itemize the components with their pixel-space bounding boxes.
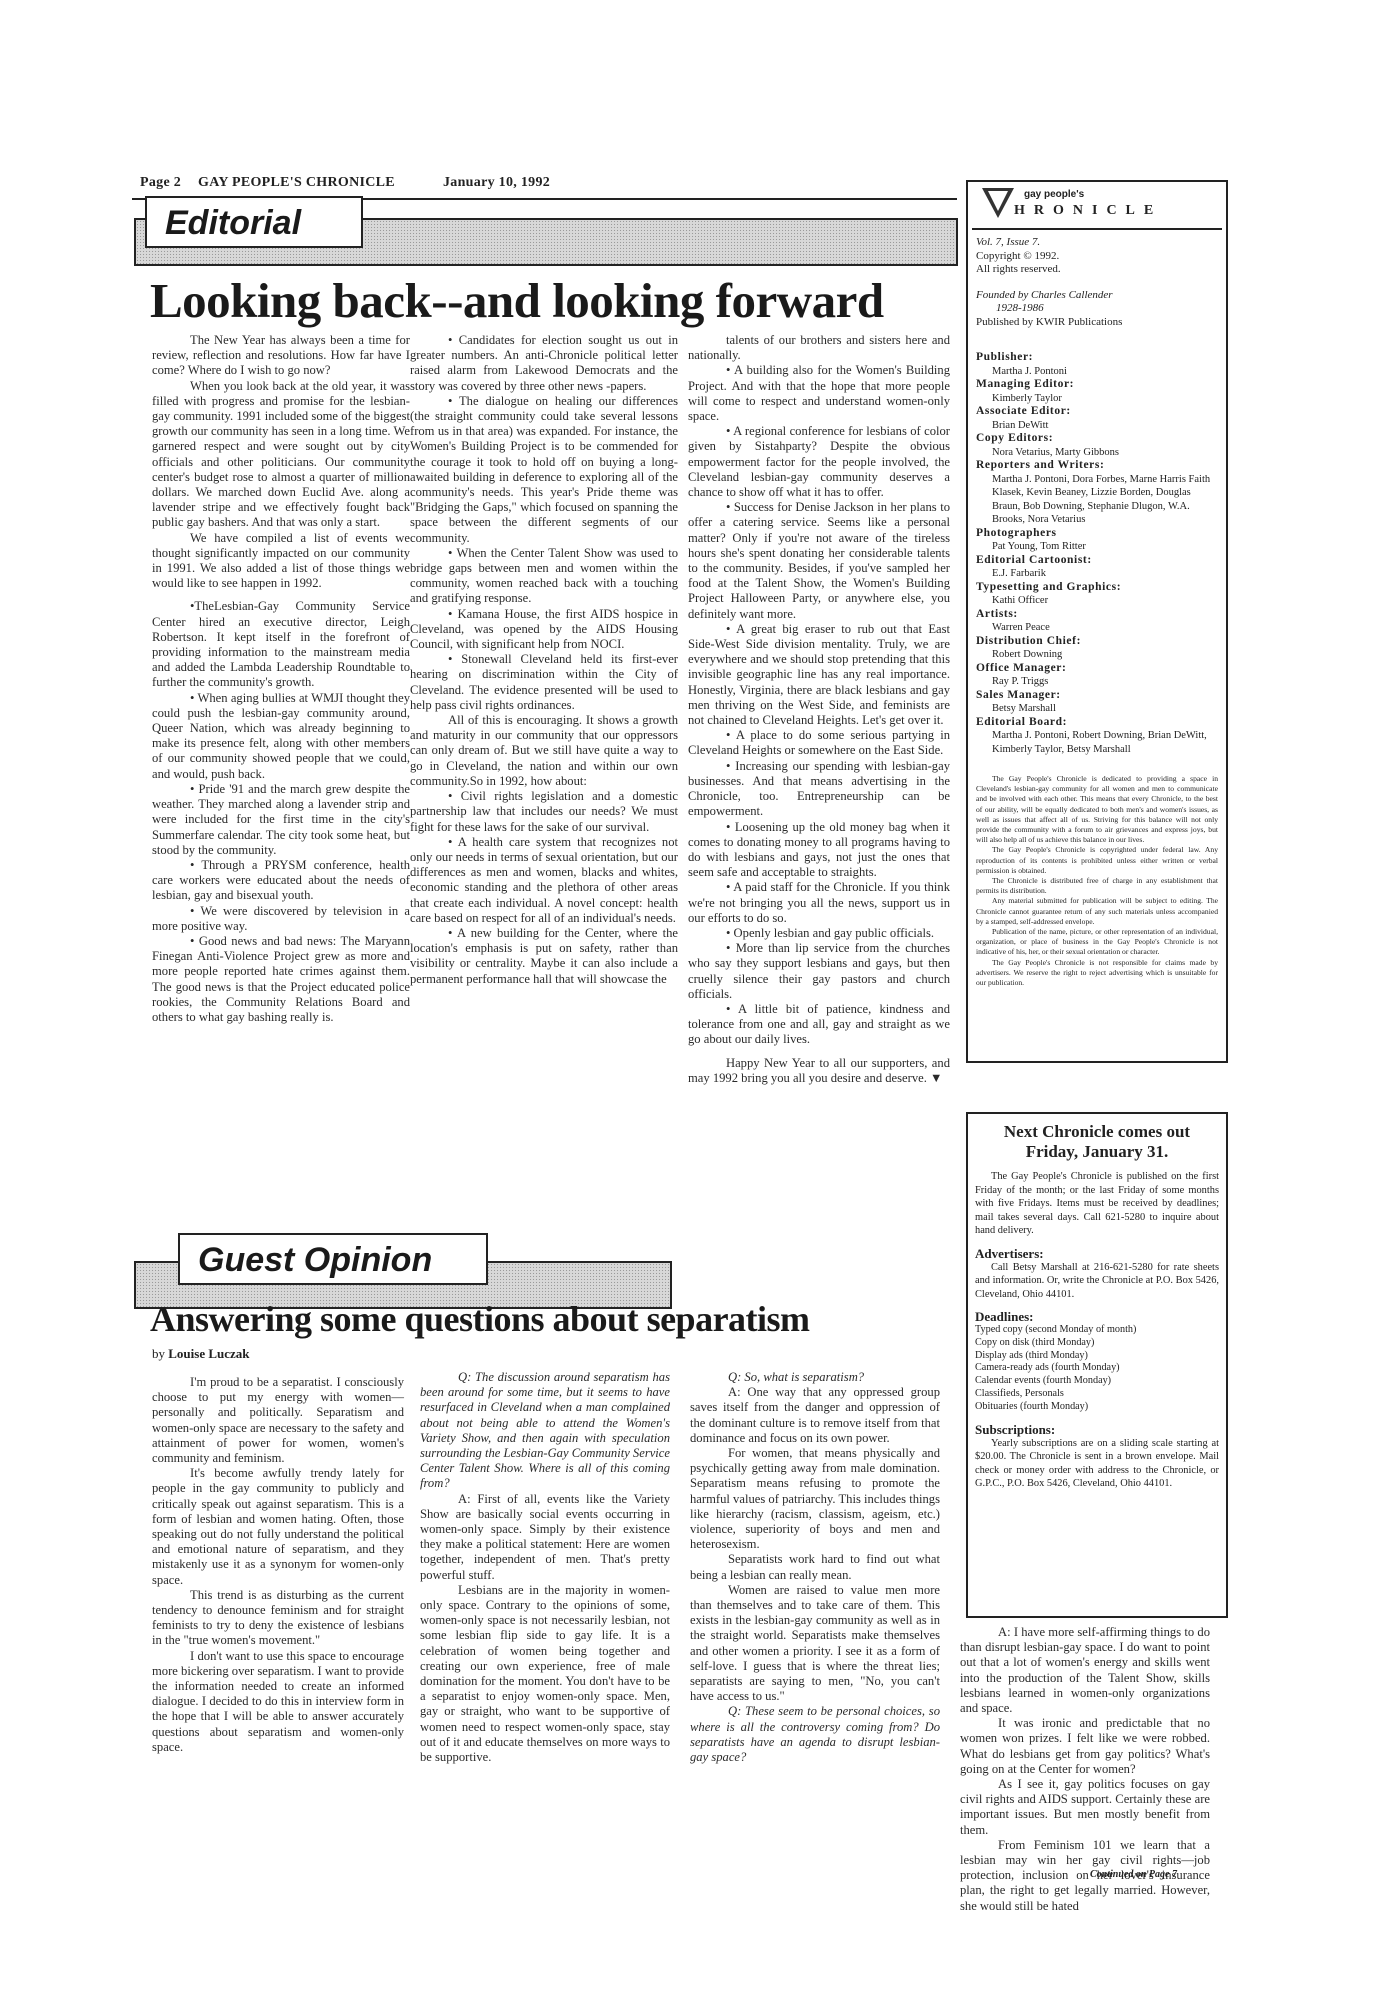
paragraph: • A great big eraser to rub out that Eas… — [688, 622, 950, 728]
staff-names: Martha J. Pontoni, Robert Downing, Brian… — [976, 729, 1218, 756]
paragraph: • A new building for the Center, where t… — [410, 926, 678, 987]
staff-role: Typesetting and Graphics: — [976, 581, 1218, 595]
policy-paragraph: The Gay People's Chronicle is not respon… — [976, 958, 1218, 989]
paragraph: •TheLesbian-Gay Community Service Center… — [152, 599, 410, 690]
paragraph: • Stonewall Cleveland held its first-eve… — [410, 652, 678, 713]
subscriptions-heading: Subscriptions: — [975, 1422, 1219, 1437]
staff-names: Robert Downing — [976, 648, 1218, 662]
staff-role: Reporters and Writers: — [976, 459, 1218, 473]
deadlines-list: Typed copy (second Monday of month)Copy … — [975, 1324, 1219, 1414]
staff-role: Copy Editors: — [976, 432, 1218, 446]
paragraph: A: First of all, events like the Variety… — [420, 1492, 670, 1583]
paragraph: • A building also for the Women's Buildi… — [688, 363, 950, 424]
paragraph: • A regional conference for lesbians of … — [688, 424, 950, 500]
staff-names: Martha J. Pontoni, Dora Forbes, Marne Ha… — [976, 473, 1218, 527]
deadline-item: Display ads (third Monday) — [975, 1350, 1219, 1363]
staff-role: Distribution Chief: — [976, 635, 1218, 649]
paragraph: I don't want to use this space to encour… — [152, 1649, 404, 1755]
paragraph: As I see it, gay politics focuses on gay… — [960, 1777, 1210, 1838]
publication-name: GAY PEOPLE'S CHRONICLE — [198, 175, 395, 191]
copyright: Copyright © 1992. — [976, 250, 1218, 264]
chronicle-logo: gay people's HRONICLE — [972, 186, 1222, 230]
paragraph: I'm proud to be a separatist. I consciou… — [152, 1375, 404, 1466]
paragraph: • Increasing our spending with lesbian-g… — [688, 759, 950, 820]
staff-names: Martha J. Pontoni — [976, 365, 1218, 379]
staff-list: Publisher:Martha J. PontoniManaging Edit… — [976, 351, 1218, 756]
paragraph: Happy New Year to all our supporters, an… — [688, 1056, 950, 1086]
paragraph: It's become awfully trendy lately for pe… — [152, 1466, 404, 1588]
policy-paragraph: Publication of the name, picture, or oth… — [976, 927, 1218, 958]
advertisers-text: Call Betsy Marshall at 216-621-5280 for … — [975, 1261, 1219, 1302]
editorial-headline: Looking back--and looking forward — [150, 272, 884, 329]
policy-paragraph: The Chronicle is distributed free of cha… — [976, 876, 1218, 896]
paragraph: • Success for Denise Jackson in her plan… — [688, 500, 950, 622]
staff-role: Managing Editor: — [976, 378, 1218, 392]
deadline-item: Classifieds, Personals — [975, 1388, 1219, 1401]
staff-names: Kathi Officer — [976, 594, 1218, 608]
paragraph: Q: These seem to be personal choices, so… — [690, 1704, 940, 1765]
staff-names: Warren Peace — [976, 621, 1218, 635]
paragraph: • Kamana House, the first AIDS hospice i… — [410, 607, 678, 653]
paragraph: • When aging bullies at WMJI thought the… — [152, 691, 410, 782]
paragraph: • Loosening up the old money bag when it… — [688, 820, 950, 881]
paragraph: • Through a PRYSM conference, health car… — [152, 858, 410, 904]
editorial-column-2: • Candidates for election sought us out … — [410, 333, 678, 987]
guest-opinion-column-3: Q: So, what is separatism?A: One way tha… — [690, 1370, 940, 1765]
paragraph: A: One way that any oppressed group save… — [690, 1385, 940, 1446]
staff-role: Photographers — [976, 527, 1218, 541]
staff-names: Nora Vetarius, Marty Gibbons — [976, 446, 1218, 460]
policy-statement: The Gay People's Chronicle is dedicated … — [976, 774, 1218, 988]
guest-opinion-section-label: Guest Opinion — [180, 1235, 486, 1283]
deadline-item: Camera-ready ads (fourth Monday) — [975, 1362, 1219, 1375]
guest-opinion-section-tab: Guest Opinion — [178, 1233, 488, 1285]
paragraph: • Good news and bad news: The Maryann Fi… — [152, 934, 410, 1025]
guest-opinion-column-1: I'm proud to be a separatist. I consciou… — [152, 1375, 404, 1755]
deadline-item: Typed copy (second Monday of month) — [975, 1324, 1219, 1337]
paragraph: • A health care system that recognizes n… — [410, 835, 678, 926]
rights-reserved: All rights reserved. — [976, 263, 1218, 277]
guest-opinion-headline: Answering some questions about separatis… — [150, 1298, 810, 1340]
founder: Founded by Charles Callender — [976, 289, 1218, 303]
subscriptions-text: Yearly subscriptions are on a sliding sc… — [975, 1437, 1219, 1491]
staff-names: Betsy Marshall — [976, 702, 1218, 716]
paragraph: All of this is encouraging. It shows a g… — [410, 713, 678, 789]
paragraph: We have compiled a list of events we tho… — [152, 531, 410, 592]
staff-names: Kimberly Taylor — [976, 392, 1218, 406]
staff-role: Publisher: — [976, 351, 1218, 365]
paragraph: • Candidates for election sought us out … — [410, 333, 678, 394]
paragraph: Lesbians are in the majority in women-on… — [420, 1583, 670, 1765]
editorial-column-3: talents of our brothers and sisters here… — [688, 333, 950, 1086]
masthead-box: gay people's HRONICLE Vol. 7, Issue 7. C… — [966, 180, 1228, 1063]
publisher-company: Published by KWIR Publications — [976, 316, 1218, 330]
staff-role: Office Manager: — [976, 662, 1218, 676]
deadline-item: Obituaries (fourth Monday) — [975, 1401, 1219, 1414]
author-name: Louise Luczak — [168, 1346, 249, 1361]
paragraph: Separatists work hard to find out what b… — [690, 1552, 940, 1582]
byline: by Louise Luczak — [152, 1346, 250, 1362]
paragraph: • More than lip service from the churche… — [688, 941, 950, 1002]
policy-paragraph: The Gay People's Chronicle is dedicated … — [976, 774, 1218, 845]
paragraph: • When the Center Talent Show was used t… — [410, 546, 678, 607]
paragraph: • We were discovered by television in a … — [152, 904, 410, 934]
paragraph: When you look back at the old year, it w… — [152, 379, 410, 531]
deadline-item: Calendar events (fourth Monday) — [975, 1375, 1219, 1388]
schedule-info-box: Next Chronicle comes out Friday, January… — [966, 1112, 1228, 1618]
paragraph: It was ironic and predictable that no wo… — [960, 1716, 1210, 1777]
continued-notice: Continued on Page 7 — [1090, 1869, 1177, 1880]
page-header: Page 2 GAY PEOPLE'S CHRONICLE January 10… — [140, 175, 960, 197]
staff-names: E.J. Farbarik — [976, 567, 1218, 581]
publication-schedule: The Gay People's Chronicle is published … — [975, 1170, 1219, 1238]
founder-years: 1928-1986 — [976, 302, 1218, 316]
paragraph: • The dialogue on healing our difference… — [410, 394, 678, 546]
editorial-column-1: The New Year has always been a time for … — [152, 333, 410, 1025]
staff-role: Editorial Board: — [976, 716, 1218, 730]
paragraph: Q: The discussion around separatism has … — [420, 1370, 670, 1492]
paragraph: Q: So, what is separatism? — [690, 1370, 940, 1385]
staff-role: Artists: — [976, 608, 1218, 622]
next-issue-date: Friday, January 31. — [975, 1142, 1219, 1162]
volume-issue: Vol. 7, Issue 7. — [976, 236, 1218, 250]
staff-role: Sales Manager: — [976, 689, 1218, 703]
staff-role: Editorial Cartoonist: — [976, 554, 1218, 568]
next-issue-heading: Next Chronicle comes out — [975, 1122, 1219, 1142]
advertisers-heading: Advertisers: — [975, 1246, 1219, 1261]
paragraph: This trend is as disturbing as the curre… — [152, 1588, 404, 1649]
paragraph: • A place to do some serious partying in… — [688, 728, 950, 758]
paragraph: • A paid staff for the Chronicle. If you… — [688, 880, 950, 926]
staff-names: Pat Young, Tom Ritter — [976, 540, 1218, 554]
staff-names: Ray P. Triggs — [976, 675, 1218, 689]
paragraph: • A little bit of patience, kindness and… — [688, 1002, 950, 1048]
paragraph: For women, that means physically and psy… — [690, 1446, 940, 1552]
paragraph: talents of our brothers and sisters here… — [688, 333, 950, 363]
issue-date: January 10, 1992 — [443, 175, 550, 191]
page-number: Page 2 — [140, 175, 181, 191]
paragraph: A: I have more self-affirming things to … — [960, 1625, 1210, 1716]
paragraph: • Openly lesbian and gay public official… — [688, 926, 950, 941]
guest-opinion-column-2: Q: The discussion around separatism has … — [420, 1370, 670, 1765]
editorial-section-tab: Editorial — [145, 196, 363, 248]
paragraph: Women are raised to value men more than … — [690, 1583, 940, 1705]
paragraph: • Civil rights legislation and a domesti… — [410, 789, 678, 835]
paragraph: The New Year has always been a time for … — [152, 333, 410, 379]
policy-paragraph: The Gay People's Chronicle is copyrighte… — [976, 845, 1218, 876]
deadlines-heading: Deadlines: — [975, 1309, 1219, 1324]
staff-role: Associate Editor: — [976, 405, 1218, 419]
policy-paragraph: Any material submitted for publication w… — [976, 896, 1218, 927]
deadline-item: Copy on disk (third Monday) — [975, 1337, 1219, 1350]
staff-names: Brian DeWitt — [976, 419, 1218, 433]
paragraph: • Pride '91 and the march grew despite t… — [152, 782, 410, 858]
editorial-section-label: Editorial — [147, 198, 361, 246]
